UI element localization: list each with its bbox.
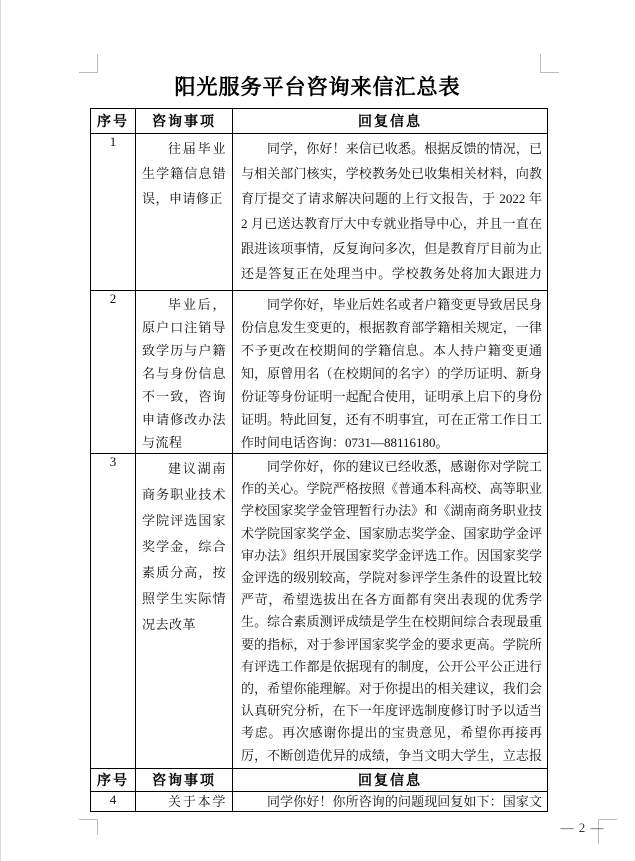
header-reply-info: 回复信息 xyxy=(233,109,548,134)
row3-subject: 建议湖南商务职业技术学院评选国家奖学金，综合素质分高，按照学生实际情况去改革 xyxy=(136,454,232,767)
row4-subject: 关于本学 xyxy=(136,792,232,811)
row2-subject: 毕业后，原户口注销导致学历与户籍名与身份信息不一致，咨询申请修改办法与流程 xyxy=(136,291,232,452)
table-header-row-repeat: 序号 咨询事项 回复信息 xyxy=(91,769,548,792)
header-reply-info: 回复信息 xyxy=(233,769,548,792)
table-row: 3 建议湖南商务职业技术学院评选国家奖学金，综合素质分高，按照学生实际情况去改革… xyxy=(91,454,548,769)
row2-number: 2 xyxy=(91,291,136,454)
table-header-row: 序号 咨询事项 回复信息 xyxy=(91,109,548,134)
row1-reply: 同学，你好！来信已收悉。根据反馈的情况，已与相关部门核实，学校教务处已收集相关材… xyxy=(233,134,547,289)
consultation-summary-table: 序号 咨询事项 回复信息 1 往届毕业生学籍信息错误，申请修正 同学，你好！来信… xyxy=(90,108,548,812)
row1-number: 1 xyxy=(91,134,136,291)
row2-reply: 同学你好，毕业后姓名或者户籍变更导致居民身份信息发生变更的，根据教育部学籍相关规… xyxy=(233,291,547,452)
row4-reply: 同学你好！你所咨询的问题现回复如下：国家文件 xyxy=(233,792,547,811)
document-page: 阳光服务平台咨询来信汇总表 序号 咨询事项 回复信息 1 往届毕业生学籍信息错误… xyxy=(0,0,635,861)
row4-number: 4 xyxy=(91,792,136,812)
row3-reply: 同学你好，你的建议已经收悉，感谢你对学院工作的关心。学院严格按照《普通本科高校、… xyxy=(233,454,547,767)
table-row: 2 毕业后，原户口注销导致学历与户籍名与身份信息不一致，咨询申请修改办法与流程 … xyxy=(91,291,548,454)
document-title: 阳光服务平台咨询来信汇总表 xyxy=(0,71,635,101)
table-row: 4 关于本学 同学你好！你所咨询的问题现回复如下：国家文件 xyxy=(91,792,548,812)
page-number: — 2 — xyxy=(560,820,605,836)
header-serial-number: 序号 xyxy=(91,109,136,134)
header-consultation-matter: 咨询事项 xyxy=(136,769,233,792)
row3-number: 3 xyxy=(91,454,136,769)
header-serial-number: 序号 xyxy=(91,769,136,792)
page-edge-line xyxy=(0,0,1,861)
header-consultation-matter: 咨询事项 xyxy=(136,109,233,134)
table-row: 1 往届毕业生学籍信息错误，申请修正 同学，你好！来信已收悉。根据反馈的情况，已… xyxy=(91,134,548,291)
row1-subject: 往届毕业生学籍信息错误，申请修正 xyxy=(136,134,232,289)
margin-mark-bottom-left xyxy=(79,819,98,835)
